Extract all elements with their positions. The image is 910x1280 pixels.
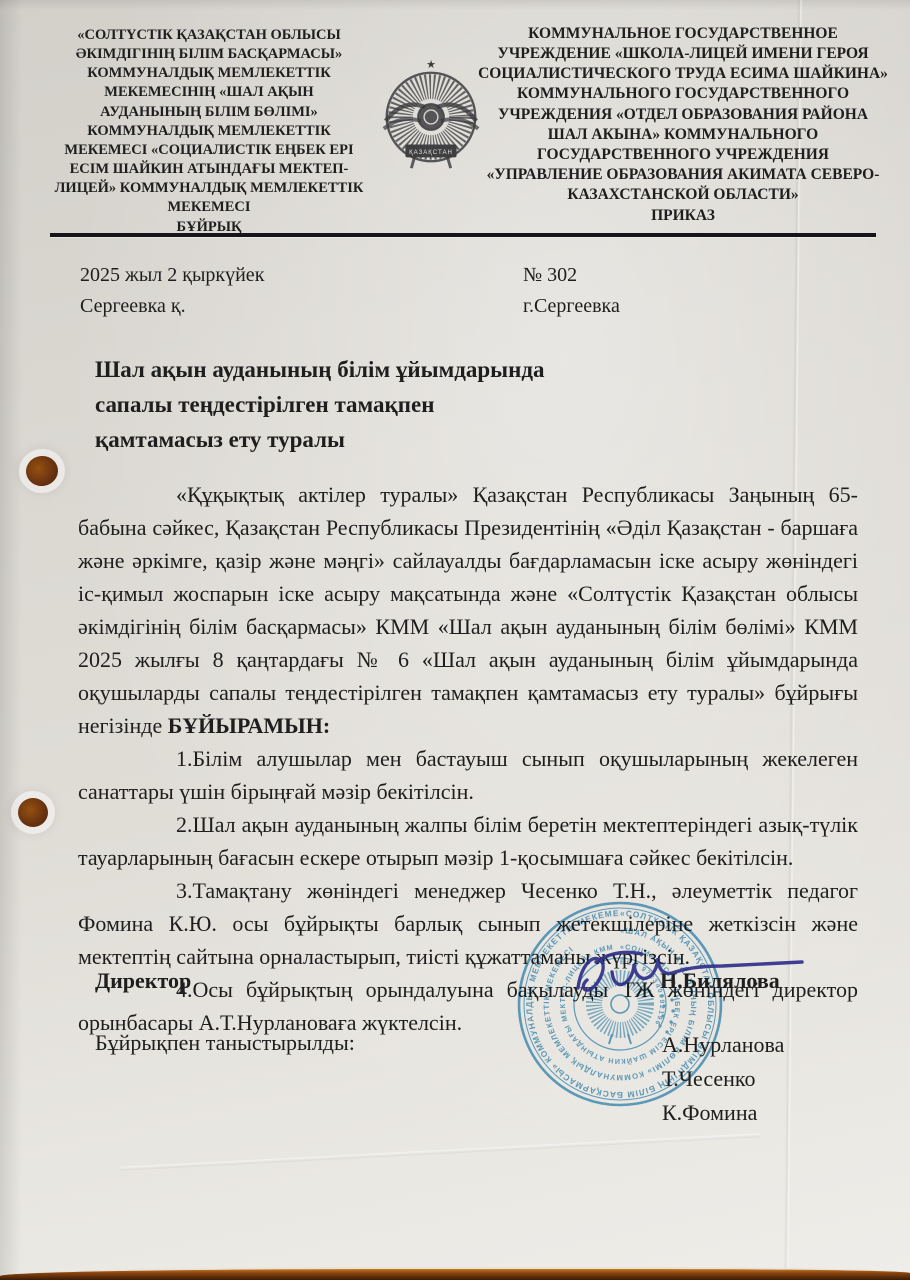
order-title: Шал ақын ауданының білім ұйымдарында сап… xyxy=(95,352,655,457)
kazakhstan-emblem-icon: ★ ҚАЗАҚСТАН xyxy=(372,56,490,178)
scanned-order-document: «СОЛТҮСТІК ҚАЗАҚСТАН ОБЛЫСЫ ӘКІМДІГІНІҢ … xyxy=(0,0,910,1280)
org-name-russian: КОММУНАЛЬНОЕ ГОСУДАРСТВЕННОЕ УЧРЕЖДЕНИЕ … xyxy=(478,25,888,203)
director-signature-autograph xyxy=(500,880,840,1120)
emblem-banner-text: ҚАЗАҚСТАН xyxy=(409,149,453,156)
header-divider xyxy=(50,233,876,237)
order-place-kk: Сергеевка қ. xyxy=(80,291,264,322)
date-place-block: 2025 жыл 2 қыркүйек Сергеевка қ. xyxy=(80,260,264,322)
paper-shadow-top xyxy=(0,0,910,10)
table-edge-below-paper xyxy=(0,1267,910,1280)
org-name-kazakh: «СОЛТҮСТІК ҚАЗАҚСТАН ОБЛЫСЫ ӘКІМДІГІНІҢ … xyxy=(55,27,364,215)
order-item-1: 1.Білім алушылар мен бастауыш сынып оқуш… xyxy=(78,742,858,808)
paper-crease-diagonal xyxy=(120,1133,759,1170)
order-date: 2025 жыл 2 қыркүйек xyxy=(80,260,264,291)
org-name-kazakh-block: «СОЛТҮСТІК ҚАЗАҚСТАН ОБЛЫСЫ ӘКІМДІГІНІҢ … xyxy=(52,26,366,237)
order-number: № 302 xyxy=(523,260,620,291)
emblem-star-icon: ★ xyxy=(426,59,436,71)
org-name-russian-block: КОММУНАЛЬНОЕ ГОСУДАРСТВЕННОЕ УЧРЕЖДЕНИЕ … xyxy=(478,24,888,226)
intro-paragraph: «Құқықтық актілер туралы» Қазақстан Респ… xyxy=(78,478,858,742)
doc-type-russian: ПРИКАЗ xyxy=(478,206,888,226)
resolve-word: БҰЙЫРАМЫН: xyxy=(168,713,330,738)
paper-shadow-left xyxy=(0,0,22,1280)
order-place-ru: г.Сергеевка xyxy=(523,291,620,322)
order-item-2: 2.Шал ақын ауданының жалпы білім беретін… xyxy=(78,808,858,874)
intro-text: «Құқықтық актілер туралы» Қазақстан Респ… xyxy=(78,482,858,738)
hole-punch-top xyxy=(24,454,60,488)
hole-punch-bottom xyxy=(18,798,48,827)
acquainted-label: Бұйрықпен таныстырылды: xyxy=(95,1030,355,1056)
number-place-block: № 302 г.Сергеевка xyxy=(523,260,620,322)
director-label: Директор xyxy=(95,968,191,994)
